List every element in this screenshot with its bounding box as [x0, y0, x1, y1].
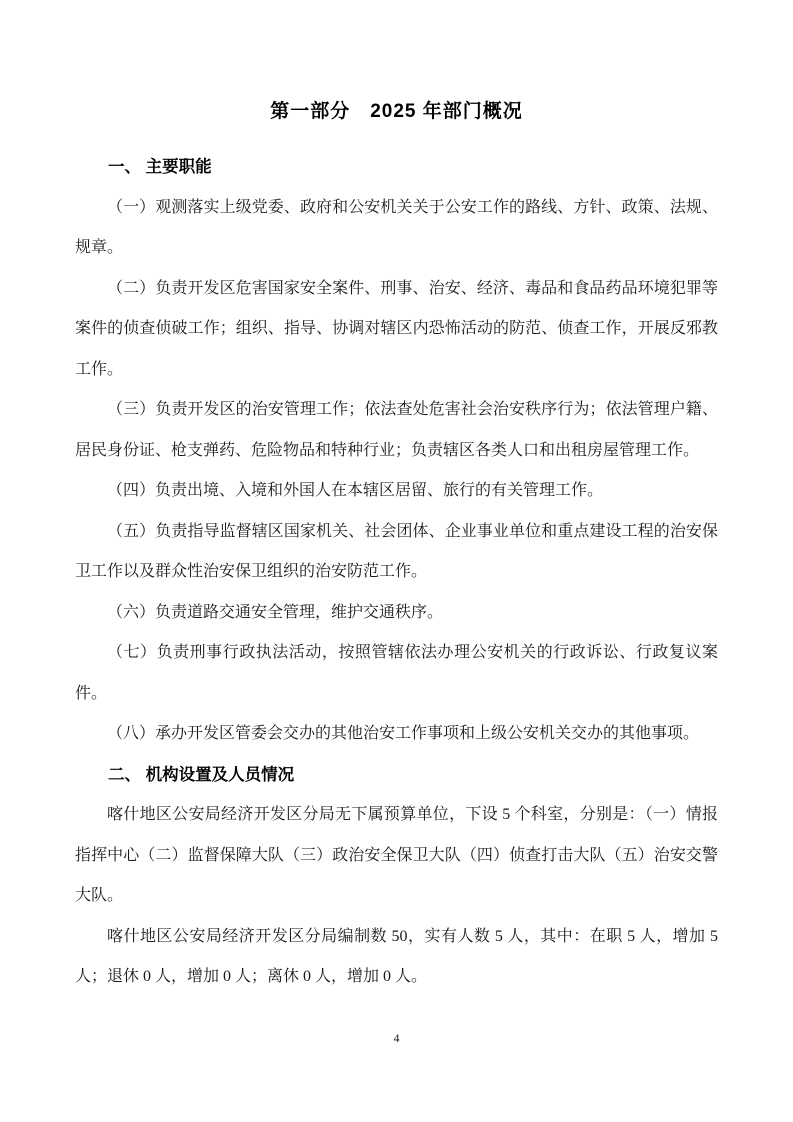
document-page: 第一部分 2025 年部门概况 一、 主要职能 （一）观测落实上级党委、政府和公… — [0, 0, 793, 1122]
paragraph-duty-1: （一）观测落实上级党委、政府和公安机关关于公安工作的路线、方针、政策、法规、规章… — [75, 188, 718, 269]
section-main-functions: 一、 主要职能 （一）观测落实上级党委、政府和公安机关关于公安工作的路线、方针、… — [75, 147, 718, 755]
section-2-heading: 二、 机构设置及人员情况 — [75, 755, 718, 796]
paragraph-duty-4: （四）负责出境、入境和外国人在本辖区居留、旅行的有关管理工作。 — [75, 471, 718, 512]
paragraph-duty-8: （八）承办开发区管委会交办的其他治安工作事项和上级公安机关交办的其他事项。 — [75, 714, 718, 755]
paragraph-duty-7: （七）负责刑事行政执法活动，按照管辖依法办理公安机关的行政诉讼、行政复议案件。 — [75, 633, 718, 714]
paragraph-duty-5: （五）负责指导监督辖区国家机关、社会团体、企业事业单位和重点建设工程的治安保卫工… — [75, 512, 718, 593]
page-number: 4 — [0, 1031, 793, 1046]
paragraph-duty-6: （六）负责道路交通安全管理，维护交通秩序。 — [75, 593, 718, 634]
section-1-heading: 一、 主要职能 — [75, 147, 718, 188]
paragraph-duty-3: （三）负责开发区的治安管理工作；依法查处危害社会治安秩序行为；依法管理户籍、居民… — [75, 390, 718, 471]
paragraph-staff-counts: 喀什地区公安局经济开发区分局编制数 50，实有人数 5 人，其中：在职 5 人，… — [75, 917, 718, 998]
section-organization-staffing: 二、 机构设置及人员情况 喀什地区公安局经济开发区分局无下属预算单位，下设 5 … — [75, 755, 718, 998]
paragraph-duty-2: （二）负责开发区危害国家安全案件、刑事、治安、经济、毒品和食品药品环境犯罪等案件… — [75, 269, 718, 391]
document-title: 第一部分 2025 年部门概况 — [75, 96, 718, 123]
paragraph-org-structure: 喀什地区公安局经济开发区分局无下属预算单位，下设 5 个科室，分别是：（一）情报… — [75, 795, 718, 917]
